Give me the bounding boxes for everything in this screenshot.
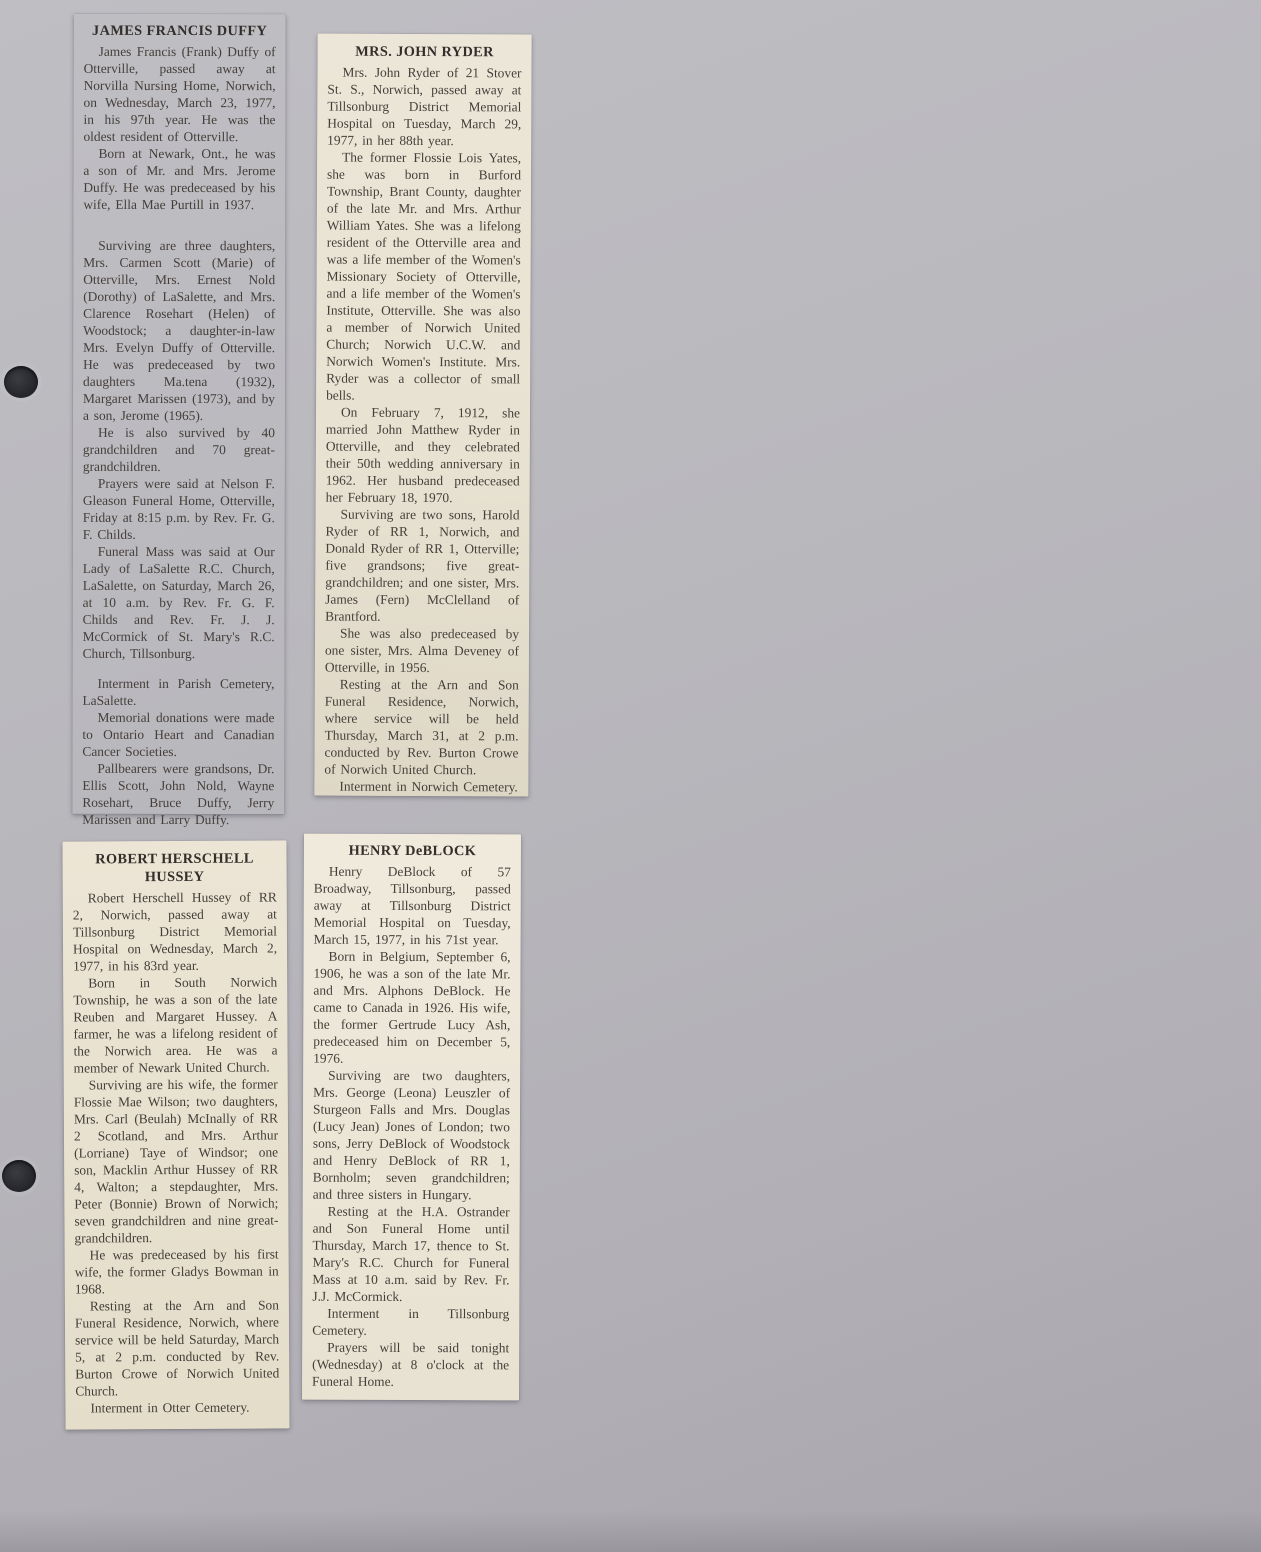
- obituary-body-hussey: Robert Herschell Hussey of RR 2, Norwich…: [73, 888, 280, 1416]
- obituary-paragraph: The former Flossie Lois Yates, she was b…: [326, 149, 521, 405]
- obituary-paragraph: Memorial donations were made to Ontario …: [82, 709, 274, 760]
- obituary-paragraph: Prayers were said at Nelson F. Gleason F…: [83, 475, 275, 543]
- hole-punch-top-icon: [4, 366, 38, 398]
- page-bottom-shadow: [0, 1510, 1261, 1552]
- obituary-title-hussey: ROBERT HERSCHELL HUSSEY: [92, 850, 257, 887]
- obituary-paragraph: Resting at the H.A. Ostrander and Son Fu…: [312, 1203, 509, 1306]
- hole-punch-bottom-icon: [2, 1160, 36, 1192]
- obituary-clipping-duffy: JAMES FRANCIS DUFFY James Francis (Frank…: [72, 14, 285, 814]
- obituary-paragraph: Interment in Norwich Cemetery.: [324, 778, 518, 796]
- obituary-paragraph: Henry DeBlock of 57 Broadway, Tillsonbur…: [314, 863, 511, 949]
- obituary-title-duffy: JAMES FRANCIS DUFFY: [84, 23, 276, 40]
- obituary-paragraph: He is also survived by 40 grandchildren …: [83, 424, 275, 475]
- obituary-paragraph: Pallbearers were grandsons, Dr. Ellis Sc…: [82, 760, 274, 828]
- obituary-clipping-ryder: MRS. JOHN RYDER Mrs. John Ryder of 21 St…: [314, 34, 531, 797]
- obituary-paragraph: Born at Newark, Ont., he was a son of Mr…: [83, 145, 275, 213]
- obituary-paragraph: James Francis (Frank) Duffy of Ottervill…: [83, 43, 275, 145]
- obituary-paragraph: Prayers will be said tonight (Wednesday)…: [312, 1339, 509, 1391]
- obituary-paragraph: Resting at the Arn and Son Funeral Resid…: [324, 676, 518, 779]
- obituary-paragraph: Mrs. John Ryder of 21 Stover St. S., Nor…: [327, 64, 521, 150]
- obituary-clipping-hussey: ROBERT HERSCHELL HUSSEY Robert Herschell…: [62, 840, 289, 1429]
- obituary-paragraph: Surviving are three daughters, Mrs. Carm…: [83, 237, 275, 424]
- obituary-paragraph: Born in South Norwich Township, he was a…: [73, 973, 278, 1076]
- obituary-paragraph: Resting at the Arn and Son Funeral Resid…: [75, 1296, 280, 1399]
- obituary-paragraph: She was also predeceased by one sister, …: [325, 625, 519, 677]
- obituary-paragraph: Interment in Otter Cemetery.: [75, 1398, 279, 1416]
- obituary-title-ryder: MRS. JOHN RYDER: [328, 44, 522, 62]
- obituary-body-duffy: James Francis (Frank) Duffy of Ottervill…: [82, 43, 275, 828]
- obituary-paragraph: Funeral Mass was said at Our Lady of LaS…: [83, 543, 275, 662]
- obituary-paragraph: Interment in Tillsonburg Cemetery.: [312, 1305, 509, 1340]
- obituary-clipping-deblock: HENRY DeBLOCK Henry DeBlock of 57 Broadw…: [302, 834, 521, 1401]
- obituary-title-deblock: HENRY DeBLOCK: [314, 843, 511, 861]
- obituary-paragraph: Born in Belgium, September 6, 1906, he w…: [313, 948, 510, 1068]
- scrapbook-page: JAMES FRANCIS DUFFY James Francis (Frank…: [0, 0, 1261, 1552]
- obituary-paragraph: Surviving are two daughters, Mrs. George…: [313, 1067, 510, 1204]
- obituary-body-ryder: Mrs. John Ryder of 21 Stover St. S., Nor…: [324, 64, 521, 796]
- obituary-paragraph: Surviving are his wife, the former Floss…: [74, 1075, 279, 1246]
- obituary-paragraph: Surviving are two sons, Harold Ryder of …: [325, 506, 520, 626]
- obituary-paragraph: Robert Herschell Hussey of RR 2, Norwich…: [73, 888, 277, 974]
- obituary-paragraph: On February 7, 1912, she married John Ma…: [326, 404, 520, 507]
- obituary-paragraph: He was predeceased by his first wife, th…: [75, 1245, 279, 1297]
- obituary-paragraph: Interment in Parish Cemetery, LaSalette.: [82, 675, 274, 709]
- obituary-body-deblock: Henry DeBlock of 57 Broadway, Tillsonbur…: [312, 863, 511, 1391]
